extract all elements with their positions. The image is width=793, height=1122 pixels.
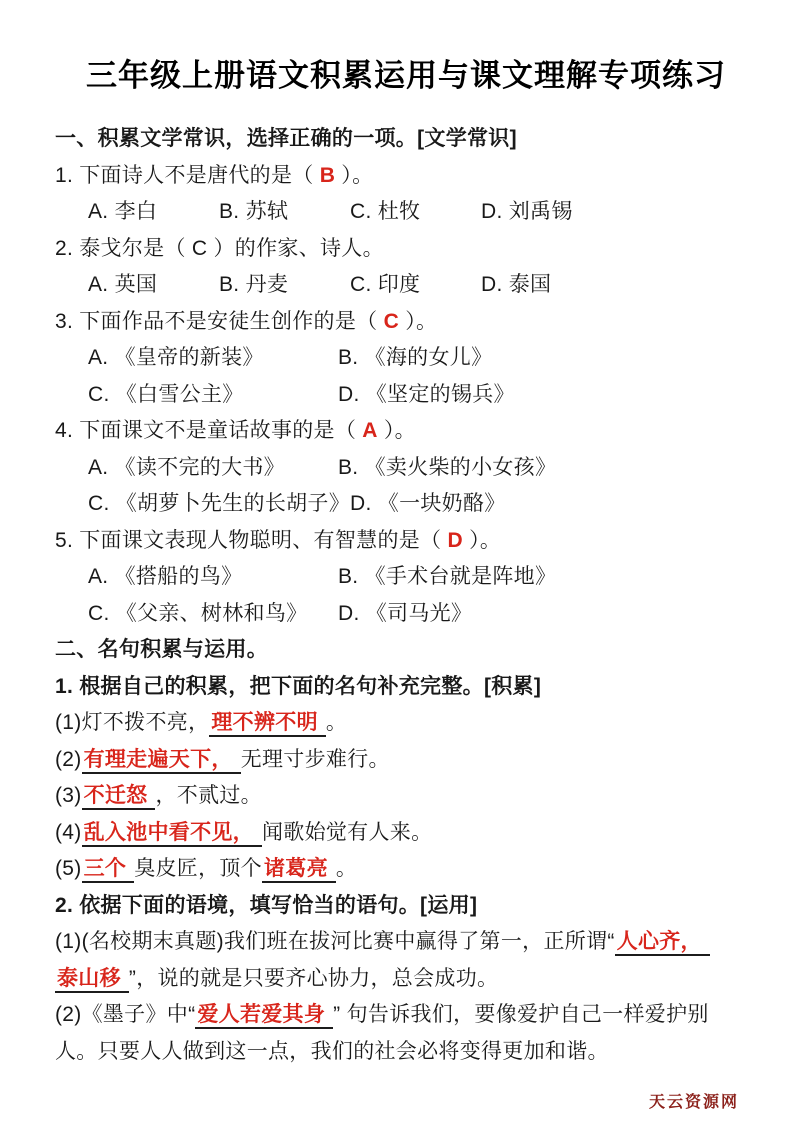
question-1-options: A. 李白B. 苏轼C. 杜牧D. 刘禹锡 — [55, 194, 757, 231]
option-item: C. 《白雪公主》 — [88, 377, 338, 414]
option-item: D. 《司马光》 — [338, 596, 588, 633]
section2-heading: 二、名句积累与运用。 — [55, 632, 757, 669]
site-watermark: 天云资源网 — [649, 1089, 739, 1112]
option-item: A. 李白 — [88, 194, 219, 231]
option-item: C. 《父亲、树林和鸟》 — [88, 596, 338, 633]
answer-letter: C — [384, 310, 399, 333]
text-run: ）。 — [399, 310, 437, 333]
text-run: ”，说的就是只要齐心协力，总会成功。 — [129, 967, 498, 990]
option-item: D. 《坚定的锡兵》 — [338, 377, 588, 414]
answer-fill: 乱入池中看不见， — [82, 821, 262, 847]
usage-item-2-line-1: (2)《墨子》中“爱人若爱其身” 句告诉我们，要像爱护自己一样爱护别 — [55, 997, 757, 1034]
text-run: 5. 下面课文表现人物聪明、有智慧的是（ — [55, 529, 447, 552]
text-run: (2) — [55, 748, 82, 771]
question-5-stem: 5. 下面课文表现人物聪明、有智慧的是（ D ）。 — [55, 523, 757, 560]
answer-fill: 有理走遍天下， — [82, 748, 241, 774]
option-item: A. 英国 — [88, 267, 219, 304]
text-run: 4. 下面课文不是童话故事的是（ — [55, 419, 362, 442]
answer-letter: A — [362, 419, 377, 442]
text-run: (2)《墨子》中“ — [55, 1003, 195, 1026]
text-run: ）。 — [378, 419, 416, 442]
question-4-stem: 4. 下面课文不是童话故事的是（ A ）。 — [55, 413, 757, 450]
section1-heading: 一、积累文学常识，选择正确的一项。[文学常识] — [55, 121, 757, 158]
fill-item-3: (3)不迁怒，不贰过。 — [55, 778, 757, 815]
question-2-options: A. 英国B. 丹麦C. 印度D. 泰国 — [55, 267, 757, 304]
option-item: A. 《皇帝的新装》 — [88, 340, 338, 377]
fill-item-5: (5)三个臭皮匠，顶个诸葛亮。 — [55, 851, 757, 888]
text-run: ，不贰过。 — [155, 784, 262, 807]
answer-letter: C — [192, 237, 207, 260]
option-item: C. 《胡萝卜先生的长胡子》 — [88, 486, 350, 523]
answer-letter: D — [447, 529, 462, 552]
option-item: D. 刘禹锡 — [481, 194, 612, 231]
text-run: (5) — [55, 857, 82, 880]
text-run: (4) — [55, 821, 82, 844]
question-3-options: A. 《皇帝的新装》B. 《海的女儿》C. 《白雪公主》D. 《坚定的锡兵》 — [55, 340, 757, 413]
question-4-options: A. 《读不完的大书》B. 《卖火柴的小女孩》C. 《胡萝卜先生的长胡子》D. … — [55, 450, 757, 523]
usage-item-2-line-2: 人。只要人人做到这一点，我们的社会必将变得更加和谐。 — [55, 1034, 757, 1071]
text-run: 3. 下面作品不是安徒生创作的是（ — [55, 310, 384, 333]
question-2-stem: 2. 泰戈尔是（ C ）的作家、诗人。 — [55, 231, 757, 268]
fill-item-1: (1)灯不拨不亮，理不辨不明。 — [55, 705, 757, 742]
text-run: ）的作家、诗人。 — [207, 237, 384, 260]
text-run: ）。 — [335, 164, 373, 187]
usage-item-1-line-1: (1)(名校期末真题)我们班在拔河比赛中赢得了第一，正所谓“人心齐， — [55, 924, 757, 961]
text-run: 2. 泰戈尔是（ — [55, 237, 192, 260]
section2-task1-heading: 1. 根据自己的积累，把下面的名句补充完整。[积累] — [55, 669, 757, 706]
question-5-options: A. 《搭船的鸟》B. 《手术台就是阵地》C. 《父亲、树林和鸟》D. 《司马光… — [55, 559, 757, 632]
text-run: (1)灯不拨不亮， — [55, 711, 209, 734]
answer-fill: 诸葛亮 — [262, 857, 336, 883]
text-run: 人。只要人人做到这一点，我们的社会必将变得更加和谐。 — [55, 1040, 609, 1063]
option-item: B. 《手术台就是阵地》 — [338, 559, 588, 596]
fill-item-2: (2)有理走遍天下，无理寸步难行。 — [55, 742, 757, 779]
text-run: (3) — [55, 784, 82, 807]
option-item: A. 《搭船的鸟》 — [88, 559, 338, 596]
text-run: 。 — [336, 857, 357, 880]
text-run: 无理寸步难行。 — [241, 748, 390, 771]
option-item: B. 《海的女儿》 — [338, 340, 588, 377]
answer-letter: B — [320, 164, 335, 187]
text-run: ）。 — [463, 529, 501, 552]
text-run: 臭皮匠，顶个 — [134, 857, 262, 880]
option-item: C. 杜牧 — [350, 194, 481, 231]
answer-fill: 不迁怒 — [82, 784, 156, 810]
text-run: (1)(名校期末真题)我们班在拔河比赛中赢得了第一，正所谓“ — [55, 930, 615, 953]
question-1-stem: 1. 下面诗人不是唐代的是（ B ）。 — [55, 158, 757, 195]
worksheet-page: 三年级上册语文积累运用与课文理解专项练习 一、积累文学常识，选择正确的一项。[文… — [0, 0, 793, 1122]
option-item: D. 《一块奶酪》 — [350, 486, 600, 523]
option-item: D. 泰国 — [481, 267, 612, 304]
answer-fill: 泰山移 — [55, 967, 129, 993]
usage-item-1-line-2: 泰山移”，说的就是只要齐心协力，总会成功。 — [55, 961, 757, 998]
answer-fill: 理不辨不明 — [209, 711, 326, 737]
question-3-stem: 3. 下面作品不是安徒生创作的是（ C ）。 — [55, 304, 757, 341]
answer-fill: 人心齐， — [615, 930, 710, 956]
answer-fill: 爱人若爱其身 — [195, 1003, 333, 1029]
option-item: B. 《卖火柴的小女孩》 — [338, 450, 588, 487]
fill-item-4: (4)乱入池中看不见，闻歌始觉有人来。 — [55, 815, 757, 852]
text-run: 。 — [326, 711, 347, 734]
page-title: 三年级上册语文积累运用与课文理解专项练习 — [55, 50, 757, 95]
section2-task2-heading: 2. 依据下面的语境，填写恰当的语句。[运用] — [55, 888, 757, 925]
answer-fill: 三个 — [82, 857, 135, 883]
text-run: 闻歌始觉有人来。 — [262, 821, 432, 844]
text-run: 1. 下面诗人不是唐代的是（ — [55, 164, 320, 187]
worksheet-content: 三年级上册语文积累运用与课文理解专项练习 一、积累文学常识，选择正确的一项。[文… — [0, 0, 793, 1070]
option-item: B. 苏轼 — [219, 194, 350, 231]
option-item: C. 印度 — [350, 267, 481, 304]
option-item: A. 《读不完的大书》 — [88, 450, 338, 487]
option-item: B. 丹麦 — [219, 267, 350, 304]
text-run: ” 句告诉我们，要像爱护自己一样爱护别 — [333, 1003, 709, 1026]
